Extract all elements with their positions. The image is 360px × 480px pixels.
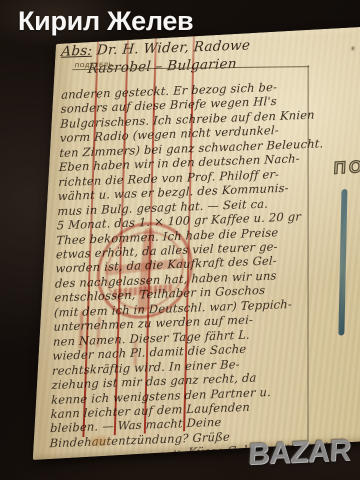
paper-stain bbox=[85, 433, 114, 449]
abs-label: Abs: bbox=[61, 43, 93, 60]
round-red-censor-stamp bbox=[94, 219, 195, 321]
auction-listing-photo: Abs: Dr. H. Wider, Radowe Rasrobel – Bul… bbox=[0, 0, 360, 480]
foxing-speck bbox=[351, 46, 354, 50]
message-text: anderen gesteckt. Er bezog sich be- sond… bbox=[49, 77, 360, 460]
postcard: Abs: Dr. H. Wider, Radowe Rasrobel – Bul… bbox=[33, 26, 360, 460]
bazar-watermark-logo: BAZAR bbox=[247, 434, 351, 473]
seller-name-overlay: Кирил Желев bbox=[18, 6, 193, 37]
